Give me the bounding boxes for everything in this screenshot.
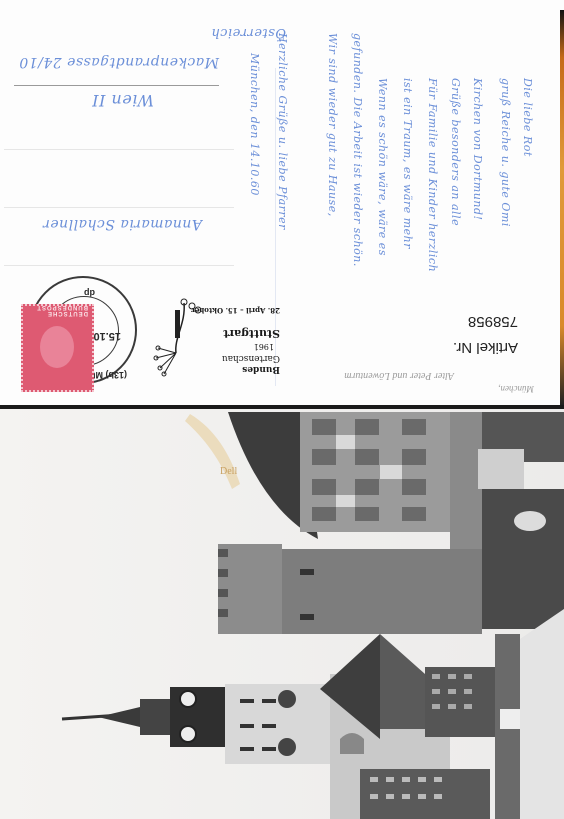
- article-number: 758958: [468, 313, 518, 330]
- address-rule: [4, 149, 234, 150]
- message-line: Herzliche Grüße u. liebe Pfarrer: [276, 33, 289, 230]
- message-line: gefunden. Die Arbeit ist wieder schön.: [351, 33, 364, 267]
- svg-text:Dell: Dell: [220, 466, 237, 477]
- address-street: Mackenprandtgasse 24/10: [19, 54, 219, 70]
- caption-title: Alter Peter und Löwenturm: [344, 370, 454, 381]
- scan-edge: [560, 10, 564, 405]
- address-rule: [14, 85, 219, 86]
- photo-alter-peter-loewenturm: Dell: [0, 409, 564, 819]
- message-line: Wenn es schön wäre, wäre es: [376, 78, 389, 256]
- message-line: Die liebe Rot: [521, 78, 534, 157]
- postcard-back-content: München, Alter Peter und Löwenturm Artik…: [0, 0, 564, 408]
- postcard-photo: Dell: [0, 409, 564, 819]
- message-line: Kirchen von Dortmund!: [471, 78, 484, 220]
- address-rule: [4, 207, 234, 208]
- message-line: Wir sind wieder gut zu Hause,: [326, 33, 339, 217]
- stamp-portrait: [40, 326, 74, 368]
- flower-emblem-icon: [144, 298, 204, 378]
- postage-stamp: DEUTSCHE BUNDESPOST: [21, 304, 94, 392]
- message-line: Für Familie und Kinder herzlich: [426, 78, 439, 272]
- message-line: gruß Reiche u. gute Omi: [499, 78, 512, 227]
- caption-city: München,: [498, 384, 534, 394]
- message-line: Grüße besonders an alle: [449, 78, 462, 226]
- message-date: München, den 14.10.60: [248, 53, 261, 196]
- message-line: ist ein Traum, es wäre mehr: [401, 78, 414, 249]
- address-city: Wien II: [92, 91, 154, 110]
- postcard-back: München, Alter Peter und Löwenturm Artik…: [0, 0, 564, 408]
- address-name: Annamaria Schallner: [43, 216, 202, 232]
- address-rule: [4, 265, 234, 266]
- article-label: Artikel Nr.: [453, 339, 518, 356]
- address-country: Österreich: [211, 25, 286, 40]
